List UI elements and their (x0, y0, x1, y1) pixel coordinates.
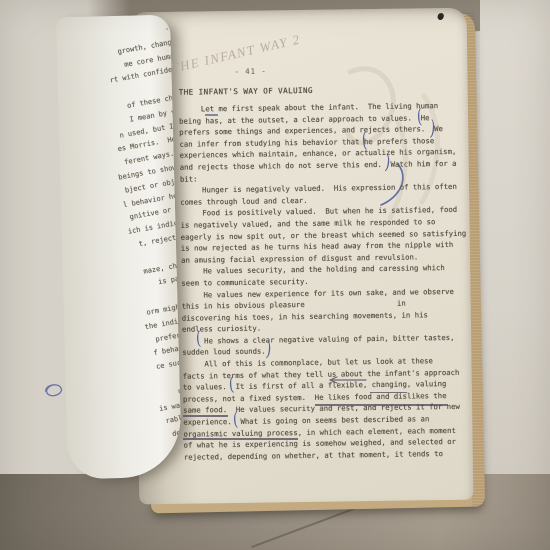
ink-underline (183, 415, 228, 417)
book-photo: - 41 - THE INFANT'S WAY OF VALUING Let m… (0, 0, 550, 550)
ink-underline (205, 114, 218, 116)
right-page: - 41 - THE INFANT'S WAY OF VALUING Let m… (133, 8, 474, 505)
ink-underline (183, 438, 298, 440)
section-heading: THE INFANT'S WAY OF VALUING (179, 86, 313, 97)
ink-paren: ( (416, 106, 422, 129)
left-page-text: -growth, changme core humart with confid… (56, 23, 182, 480)
ink-blot (437, 12, 445, 20)
background-wall (480, 0, 550, 500)
left-page: -growth, changme core humart with confid… (56, 15, 182, 480)
typed-text-body: Let me first speak about the infant. The… (179, 100, 484, 464)
ink-underline (315, 404, 448, 406)
page-number: - 41 - (234, 66, 266, 75)
ink-underline (370, 392, 407, 393)
ink-scribble (46, 385, 62, 396)
